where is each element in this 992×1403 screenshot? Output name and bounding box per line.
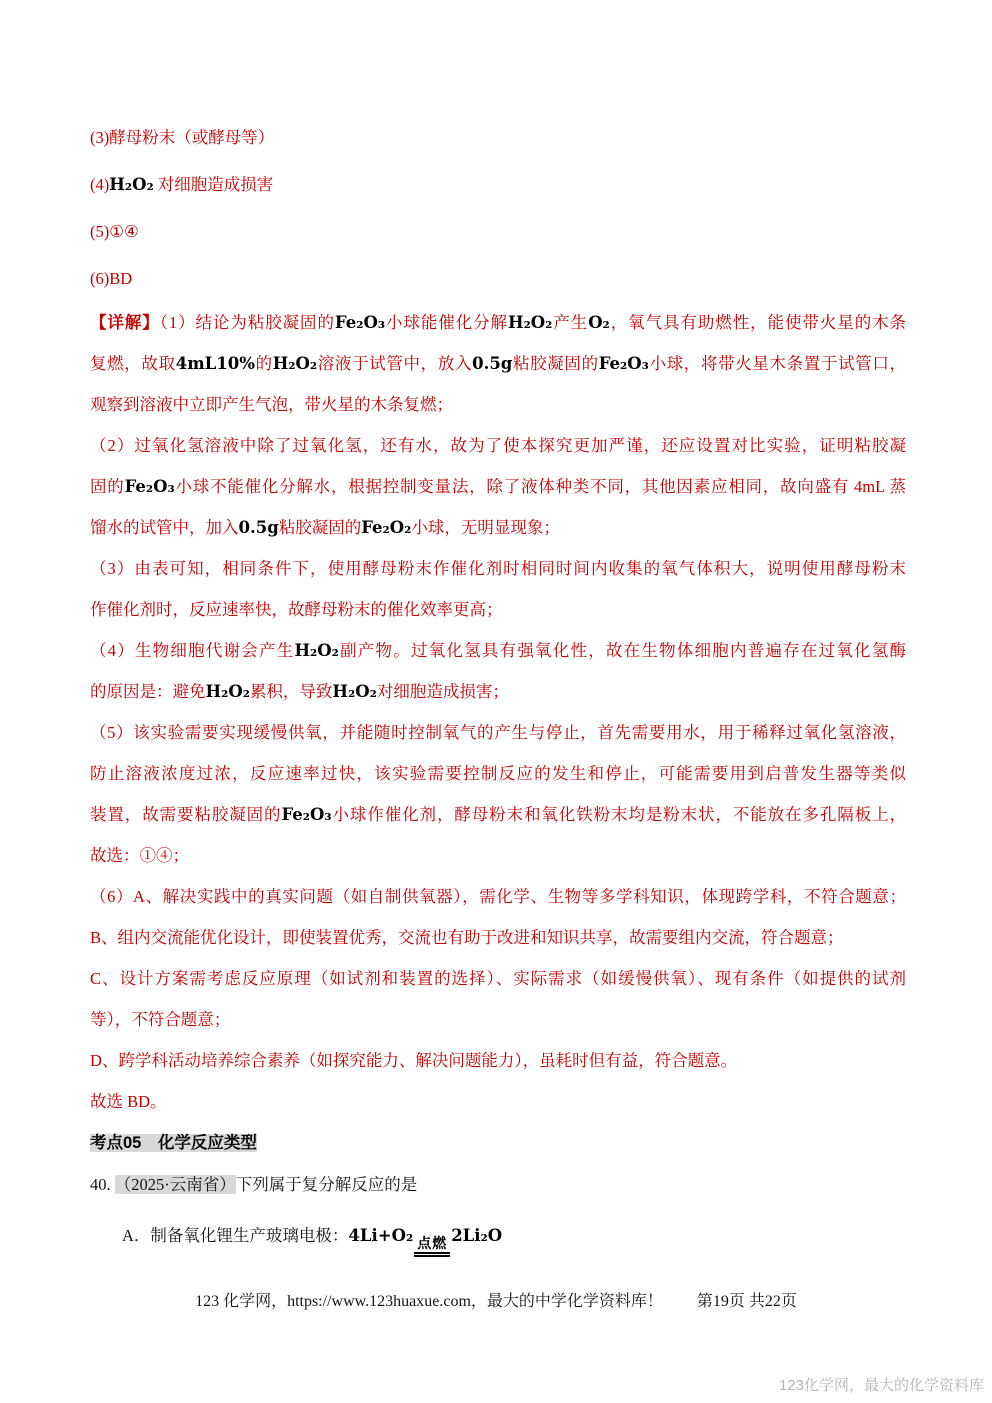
answer-3: (3)酵母粉末（或酵母等） (90, 114, 906, 161)
section-heading-text: 考点05 化学反应类型 (90, 1134, 257, 1152)
explain-2-line-3-text: 0.5g (239, 518, 279, 537)
explain-6-line-3: C、设计方案需考虑反应原理（如试剂和装置的选择）、实际需求（如缓慢供氧）、现有条… (90, 958, 906, 999)
explain-3-line-2-text: 作催化剂时，反应速率快，故酵母粉末的催化效率更高； (90, 600, 503, 619)
explain-3-line-1: （3）由表可知，相同条件下，使用酵母粉末作催化剂时相同时间内收集的氧气体积大，说… (90, 548, 906, 589)
explain-5-line-4: 故选：①④； (90, 835, 906, 876)
answer-4-text: H₂O₂ (109, 175, 153, 194)
explain-2-line-3-text: 粘胶凝固的 (279, 518, 362, 537)
explain-1-line-2-text: 溶液于试管中，放入 (317, 354, 472, 373)
answer-4-text: 对细胞造成损害 (154, 175, 274, 194)
answer-5: (5)①④ (90, 208, 906, 255)
explain-4-line-2-text: H₂O₂ (206, 682, 250, 701)
footer-page-number: 第19页 共22页 (697, 1293, 797, 1310)
explain-6-line-5-text: D、跨学科活动培养综合素养（如探究能力、解决问题能力），虽耗时但有益，符合题意。 (90, 1051, 737, 1070)
explain-6-line-4-text: 等），不符合题意； (90, 1010, 230, 1029)
explain-4-line-1-text: H₂O₂ (294, 641, 338, 660)
question-40-text: （2025·云南省） (115, 1175, 236, 1194)
explain-1-line-1-text: O₂ (588, 313, 610, 332)
explain-6-line-3-text: C、设计方案需考虑反应原理（如试剂和装置的选择）、实际需求（如缓慢供氧）、现有条… (90, 969, 906, 988)
explain-2-line-3-text: 小球，无明显现象； (411, 518, 560, 537)
question-40-text: 40. (90, 1175, 115, 1194)
option-a-text: 4Li+O₂ (348, 1226, 413, 1245)
explain-6-line-4: 等），不符合题意； (90, 999, 906, 1040)
explain-4-line-2-text: 对细胞造成损害； (377, 682, 509, 701)
explain-6-line-1: （6）A、解决实践中的真实问题（如自制供氧器），需化学、生物等多学科知识，体现跨… (90, 876, 906, 917)
explain-4-line-1-text: （4）生物细胞代谢会产生 (90, 641, 294, 660)
explain-5-line-4-text: 故选：①④； (90, 846, 189, 865)
explain-1-line-2-text: 的 (255, 354, 273, 373)
explain-4-line-2-text: 的原因是：避免 (90, 682, 206, 701)
explain-2-line-3-text: 馏水的试管中，加入 (90, 518, 239, 537)
explain-5-line-3-text: 装置，故需要粘胶凝固的 (90, 805, 281, 824)
explain-1-line-3: 观察到溶液中立即产生气泡，带火星的木条复燃； (90, 384, 906, 425)
explain-4-line-1: （4）生物细胞代谢会产生H₂O₂副产物。过氧化氢具有强氧化性，故在生物体细胞内普… (90, 630, 906, 671)
explain-3-line-2: 作催化剂时，反应速率快，故酵母粉末的催化效率更高； (90, 589, 906, 630)
explain-1-line-2-text: 小球，将带火星木条置于试管口， (649, 354, 906, 373)
explain-2-line-1: （2）过氧化氢溶液中除了过氧化氢，还有水，故为了使本探究更加严谨，还应设置对比实… (90, 425, 906, 466)
explain-2-line-3: 馏水的试管中，加入0.5g粘胶凝固的Fe₂O₂小球，无明显现象； (90, 507, 906, 548)
explain-5-line-3: 装置，故需要粘胶凝固的Fe₂O₃小球作催化剂，酵母粉末和氧化铁粉末均是粉末状，不… (90, 794, 906, 835)
explain-3-line-1-text: （3）由表可知，相同条件下，使用酵母粉末作催化剂时相同时间内收集的氧气体积大，说… (90, 559, 906, 578)
explain-2-line-3-text: Fe₂O₂ (361, 518, 411, 537)
explain-6-line-2: B、组内交流能优化设计，即使装置优秀，交流也有助于改进和知识共享，故需要组内交流… (90, 917, 906, 958)
explain-1-line-3-text: 观察到溶液中立即产生气泡，带火星的木条复燃； (90, 395, 453, 414)
explain-6-line-1-text: （6）A、解决实践中的真实问题（如自制供氧器），需化学、生物等多学科知识，体现跨… (90, 887, 906, 906)
explain-1-line-2-text: Fe₂O₃ (599, 354, 649, 373)
explain-2-line-2-text: Fe₂O₃ (125, 477, 175, 496)
explain-1-line-1-text: 小球能催化分解 (385, 313, 508, 332)
option-a-text: A．制备氧化锂生产玻璃电极： (122, 1226, 348, 1245)
page-footer: 123 化学网，https://www.123huaxue.com，最大的中学化… (0, 1288, 992, 1311)
section-heading: 考点05 化学反应类型 (90, 1122, 906, 1164)
footer-site-info: 123 化学网，https://www.123huaxue.com，最大的中学化… (195, 1293, 663, 1310)
explain-2-line-2-text: 固的 (90, 477, 125, 496)
answer-6: (6)BD (90, 255, 906, 302)
explain-1-line-1-text: 【详解】 (90, 313, 160, 332)
explain-1-line-1-text: ，氧气具有助燃性，能使带火星的木条 (610, 313, 906, 332)
explain-5-line-1: （5）该实验需要实现缓慢供氧，并能随时控制氧气的产生与停止，首先需要用水，用于稀… (90, 712, 906, 753)
explain-6-line-2-text: B、组内交流能优化设计，即使装置优秀，交流也有助于改进和知识共享，故需要组内交流… (90, 928, 844, 947)
explain-2-line-1-text: （2）过氧化氢溶液中除了过氧化氢，还有水，故为了使本探究更加严谨，还应设置对比实… (90, 436, 906, 455)
explain-4-line-2: 的原因是：避免H₂O₂累积，导致H₂O₂对细胞造成损害； (90, 671, 906, 712)
explain-4-line-1-text: 副产物。过氧化氢具有强氧化性，故在生物体细胞内普遍存在过氧化氢酶 (339, 641, 906, 660)
explain-2-line-2: 固的Fe₂O₃小球不能催化分解水，根据控制变量法，除了液体种类不同，其他因素应相… (90, 466, 906, 507)
option-a-text: 2Li₂O (451, 1226, 502, 1245)
answer-4-text: (4) (90, 175, 109, 194)
explain-conclusion-text: 故选 BD。 (90, 1092, 167, 1111)
question-40: 40. （2025·云南省）下列属于复分解反应的是 (90, 1164, 906, 1205)
answer-4: (4)H₂O₂ 对细胞造成损害 (90, 161, 906, 208)
explain-1-line-1-text: 产生 (552, 313, 588, 332)
explain-1-line-2-text: H₂O₂ (273, 354, 317, 373)
explain-1-line-1-text: H₂O₂ (508, 313, 552, 332)
reaction-condition: 点燃 (414, 1236, 450, 1257)
explain-1-line-1: 【详解】（1）结论为粘胶凝固的Fe₂O₃小球能催化分解H₂O₂产生O₂，氧气具有… (90, 302, 906, 343)
explain-2-line-2-text: 小球不能催化分解水，根据控制变量法，除了液体种类不同，其他因素应相同，故向盛有 … (175, 477, 906, 496)
explain-5-line-3-text: Fe₂O₃ (281, 805, 331, 824)
explain-5-line-3-text: 小球作催化剂，酵母粉末和氧化铁粉末均是粉末状，不能放在多孔隔板上， (332, 805, 906, 824)
explain-conclusion: 故选 BD。 (90, 1081, 906, 1122)
answer-3-text: (3)酵母粉末（或酵母等） (90, 128, 274, 147)
explain-1-line-2-text: 4mL10% (176, 354, 255, 373)
explain-1-line-2-text: 复燃，故取 (90, 354, 176, 373)
explain-1-line-1-text: （1）结论为粘胶凝固的 (160, 313, 335, 332)
explain-1-line-2-text: 粘胶凝固的 (512, 354, 598, 373)
explain-4-line-2-text: 累积，导致 (250, 682, 333, 701)
document-body: (3)酵母粉末（或酵母等）(4)H₂O₂ 对细胞造成损害(5)①④(6)BD【详… (90, 114, 906, 1257)
explain-6-line-5: D、跨学科活动培养综合素养（如探究能力、解决问题能力），虽耗时但有益，符合题意。 (90, 1040, 906, 1081)
explain-5-line-1-text: （5）该实验需要实现缓慢供氧，并能随时控制氧气的产生与停止，首先需要用水，用于稀… (90, 723, 906, 742)
condition-label: 点燃 (414, 1236, 450, 1250)
explain-1-line-1-text: Fe₂O₃ (335, 313, 385, 332)
question-40-text: 下列属于复分解反应的是 (236, 1175, 418, 1194)
option-a: A．制备氧化锂生产玻璃电极：4Li+O₂点燃2Li₂O (90, 1215, 906, 1257)
explain-1-line-2: 复燃，故取4mL10%的H₂O₂溶液于试管中，放入0.5g粘胶凝固的Fe₂O₃小… (90, 343, 906, 384)
watermark: 123化学网，最大的化学资料库 (779, 1374, 984, 1395)
explain-1-line-2-text: 0.5g (472, 354, 512, 373)
answer-6-text: (6)BD (90, 269, 132, 288)
double-line-equals (414, 1252, 450, 1257)
explain-4-line-2-text: H₂O₂ (332, 682, 376, 701)
explain-5-line-2-text: 防止溶液浓度过浓，反应速率过快，该实验需要控制反应的发生和停止，可能需要用到启普… (90, 764, 906, 783)
explain-5-line-2: 防止溶液浓度过浓，反应速率过快，该实验需要控制反应的发生和停止，可能需要用到启普… (90, 753, 906, 794)
answer-5-text: (5)①④ (90, 222, 139, 241)
